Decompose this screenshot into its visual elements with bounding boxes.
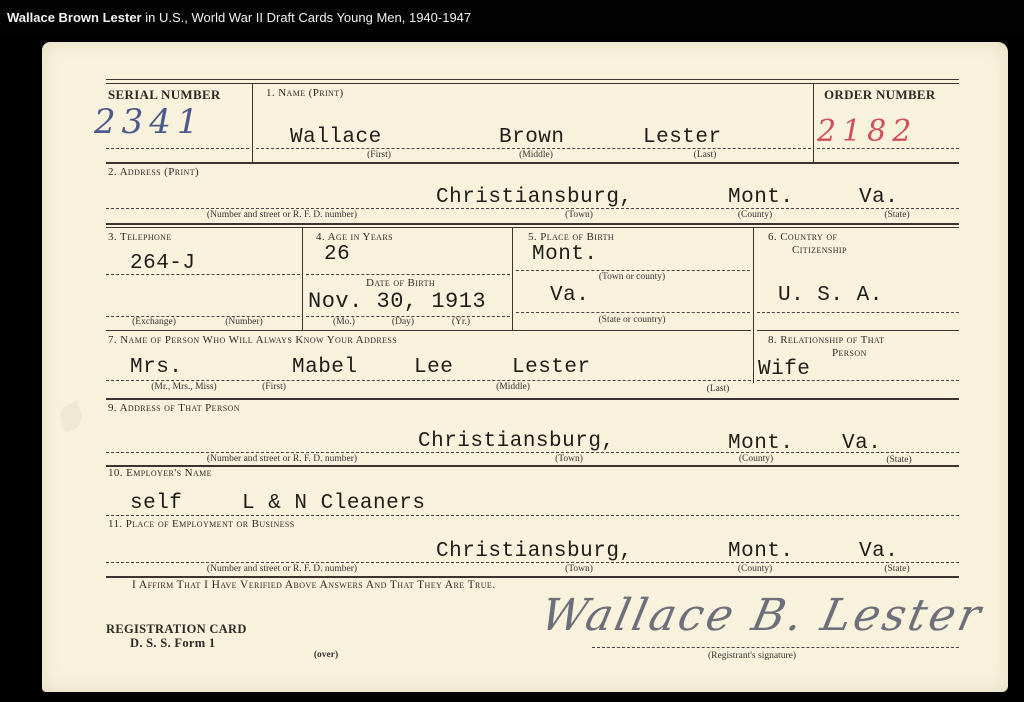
serial-number-label: SERIAL NUMBER (108, 87, 221, 103)
dotted-line (306, 274, 510, 275)
dotted-line (106, 274, 300, 275)
sub-label: (Mo.) (333, 317, 355, 327)
sub-label: (First) (367, 150, 391, 160)
collection-name: in U.S., World War II Draft Cards Young … (145, 10, 471, 25)
sub-label: (Number and street or R. F. D. number) (207, 454, 357, 464)
contact-address-town: Christiansburg, (418, 430, 615, 453)
serial-number-value: 2341 (94, 102, 205, 142)
place-of-birth-label: 5. Place of Birth (528, 231, 614, 243)
row-rule (106, 398, 959, 400)
sub-label: (First) (262, 382, 286, 392)
address-state: Va. (859, 186, 898, 209)
first-name-value: Wallace (290, 126, 382, 149)
sub-label: (Last) (707, 384, 730, 394)
birth-state-value: Va. (550, 284, 589, 307)
last-name-value: Lester (643, 126, 722, 149)
sub-label: (Middle) (519, 150, 553, 160)
signature-line (592, 647, 959, 648)
sub-label: (Town) (565, 564, 593, 574)
dotted-line (106, 515, 959, 516)
sub-label: (County) (739, 454, 773, 464)
form-title: REGISTRATION CARD (106, 622, 247, 637)
address-county: Mont. (728, 186, 794, 209)
draft-registration-card: SERIAL NUMBER 2341 1. Name (Print) Walla… (42, 42, 1008, 692)
dotted-line (106, 452, 959, 453)
sub-label: (State) (884, 564, 909, 574)
sub-label: (County) (738, 210, 772, 220)
citizenship-label: 6. Country of (768, 231, 837, 243)
order-number-label: ORDER NUMBER (824, 87, 936, 103)
divider (813, 84, 814, 162)
contact-address-label: 9. Address of That Person (108, 402, 240, 414)
employment-town: Christiansburg, (436, 540, 633, 563)
employer-value-self: self (130, 492, 182, 515)
dotted-line (516, 270, 750, 271)
over-note: (over) (314, 650, 338, 660)
registrant-signature: Wallace B. Lester (537, 590, 988, 641)
person-name: Wallace Brown Lester (7, 10, 142, 25)
date-of-birth-label: Date of Birth (366, 277, 435, 289)
dotted-line (757, 312, 959, 313)
dotted-line (516, 312, 750, 313)
relationship-label: 8. Relationship of That (768, 334, 884, 346)
sub-label: (County) (738, 564, 772, 574)
contact-last: Lester (512, 356, 591, 379)
sub-label: (Town) (565, 210, 593, 220)
sub-label: (Town) (555, 454, 583, 464)
row-rule (106, 162, 959, 164)
employer-label: 10. Employer's Name (108, 467, 212, 479)
sub-label: (Number and street or R. F. D. number) (207, 564, 357, 574)
sub-label: (State or country) (598, 315, 665, 325)
relationship-label: Person (832, 347, 867, 359)
dotted-line (817, 148, 959, 149)
row-rule (106, 465, 959, 467)
sub-label: (State) (886, 455, 911, 465)
dotted-line (106, 562, 959, 563)
employer-value-name: L & N Cleaners (242, 492, 425, 515)
divider (302, 228, 303, 330)
signature-label: (Registrant's signature) (708, 651, 796, 661)
sub-label: (Last) (694, 150, 717, 160)
row-rule (106, 227, 959, 228)
age-value: 26 (324, 243, 350, 266)
contact-title: Mrs. (130, 356, 182, 379)
divider (753, 228, 754, 383)
contact-first: Mabel (292, 356, 358, 379)
dotted-line (106, 148, 249, 149)
sub-label: (Mr., Mrs., Miss) (151, 382, 216, 392)
sub-label: (Town or county) (599, 272, 665, 282)
leaf-watermark-icon (56, 401, 86, 433)
sub-label: (Yr.) (452, 317, 470, 327)
sub-label: (State) (884, 210, 909, 220)
top-rule (106, 79, 959, 80)
dotted-line (757, 380, 959, 381)
form-id: D. S. S. Form 1 (130, 636, 215, 651)
sub-label: (Exchange) (132, 317, 176, 327)
dotted-line (106, 208, 959, 209)
row-rule (757, 330, 959, 331)
relationship-value: Wife (758, 358, 810, 381)
date-of-birth-value: Nov. 30, 1913 (308, 289, 486, 314)
dotted-line (106, 380, 751, 381)
record-title-bar: Wallace Brown Lester in U.S., World War … (0, 0, 1024, 36)
dotted-line (256, 148, 811, 149)
employment-county: Mont. (728, 540, 794, 563)
middle-name-value: Brown (499, 126, 565, 149)
sub-label: (Number) (225, 317, 262, 327)
employment-place-label: 11. Place of Employment or Business (108, 518, 295, 530)
birth-town-value: Mont. (532, 243, 598, 266)
divider (252, 84, 253, 162)
row-rule (106, 223, 959, 225)
address-town: Christiansburg, (436, 186, 633, 209)
telephone-label: 3. Telephone (108, 231, 172, 243)
sub-label: (Middle) (496, 382, 530, 392)
row-rule (106, 576, 959, 578)
address-label: 2. Address (Print) (108, 166, 199, 178)
sub-label: (Number and street or R. F. D. number) (207, 210, 357, 220)
top-rule (106, 83, 959, 84)
citizenship-value: U. S. A. (778, 284, 883, 307)
age-label: 4. Age in Years (316, 231, 393, 243)
order-number-value: 2182 (817, 114, 917, 149)
sub-label: (Day) (392, 317, 414, 327)
row-rule (106, 330, 751, 331)
affirmation-text: I Affirm That I Have Verified Above Answ… (132, 579, 496, 591)
name-label: 1. Name (Print) (266, 87, 344, 99)
telephone-value: 264-J (130, 252, 196, 275)
citizenship-label: Citizenship (792, 244, 847, 256)
divider (512, 228, 513, 330)
contact-person-label: 7. Name of Person Who Will Always Know Y… (108, 334, 397, 346)
contact-middle: Lee (414, 356, 453, 379)
employment-state: Va. (859, 540, 898, 563)
